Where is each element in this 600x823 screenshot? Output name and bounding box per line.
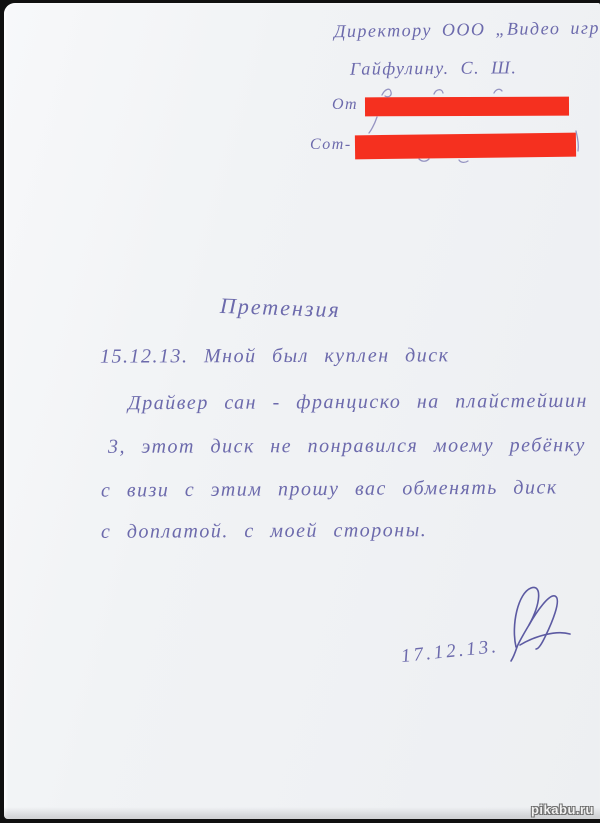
scanned-letter-screenshot: { "document": { "header": { "addressee_l… [0,0,600,823]
body-line: с доплатой. с моей стороны. [101,519,427,544]
watermark: pikabu.ru [531,802,594,817]
from-label: От [332,96,358,114]
body-line: 15.12.13. Мной был куплен диск [100,344,450,368]
redacted-handwriting-strokes [364,83,584,173]
body-line: с визи с этим прошу вас обменять диск [101,476,558,502]
scanned-paper-sheet: Директору ООО „Видео игры. юг Гайфулину.… [4,3,600,819]
body-line: Драйвер сан - франциско на плайстейшин [128,390,588,415]
addressee-line-1: Директору ООО „Видео игры. юг [334,17,600,42]
signature [502,583,574,663]
document-date: 17.12.13. [400,636,500,668]
document-title: Претензия [220,293,342,323]
body-line: 3, этот диск не понравился моему ребёнку [108,434,586,459]
addressee-line-2: Гайфулину. С. Ш. [350,57,518,79]
phone-label: Сот- [310,136,352,154]
